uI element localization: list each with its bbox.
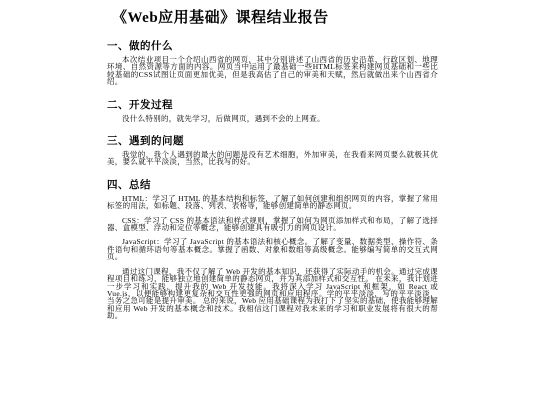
section-1-paragraph: 本次结业项目一个介绍山西省的网页，其中分别讲述了山西省的历史沿革、行政区划、地理… <box>107 56 438 86</box>
section-2-heading: 二、开发过程 <box>107 99 438 111</box>
section-4-paragraph-conclusion: 通过这门课程，我不仅了解了 Web 开发的基本知识，还获得了实际动手的机会。通过… <box>107 268 438 320</box>
report-title: 《Web应用基础》课程结业报告 <box>112 10 438 27</box>
section-3-heading: 三、遇到的问题 <box>107 135 438 147</box>
section-4-paragraph-html: HTML：学习了 HTML 的基本结构和标签，了解了如何创建和组织网页的内容，掌… <box>107 195 438 210</box>
section-4-paragraph-css: CSS：学习了 CSS 的基本语法和样式规则，掌握了如何为网页添加样式和布局，了… <box>107 217 438 232</box>
section-3-paragraph: 我觉的，我个人遇到的最大的问题是没有艺术细胞，外加审美，在我看来网页要么就极其优… <box>107 151 438 166</box>
section-2-paragraph: 没什么特别的，就先学习，后做网页，遇到不会的上网查。 <box>107 115 438 122</box>
section-problems-encountered: 三、遇到的问题 我觉的，我个人遇到的最大的问题是没有艺术细胞，外加审美，在我看来… <box>107 135 438 166</box>
section-what-was-done: 一、做的什么 本次结业项目一个介绍山西省的网页，其中分别讲述了山西省的历史沿革、… <box>107 40 438 86</box>
section-1-heading: 一、做的什么 <box>107 40 438 52</box>
report-document: 《Web应用基础》课程结业报告 一、做的什么 本次结业项目一个介绍山西省的网页，… <box>0 0 540 405</box>
section-summary: 四、总结 HTML：学习了 HTML 的基本结构和标签，了解了如何创建和组织网页… <box>107 179 438 320</box>
section-development-process: 二、开发过程 没什么特别的，就先学习，后做网页，遇到不会的上网查。 <box>107 99 438 122</box>
section-4-paragraph-javascript: JavaScript：学习了 JavaScript 的基本语法和核心概念。了解了… <box>107 238 438 260</box>
section-4-heading: 四、总结 <box>107 179 438 191</box>
